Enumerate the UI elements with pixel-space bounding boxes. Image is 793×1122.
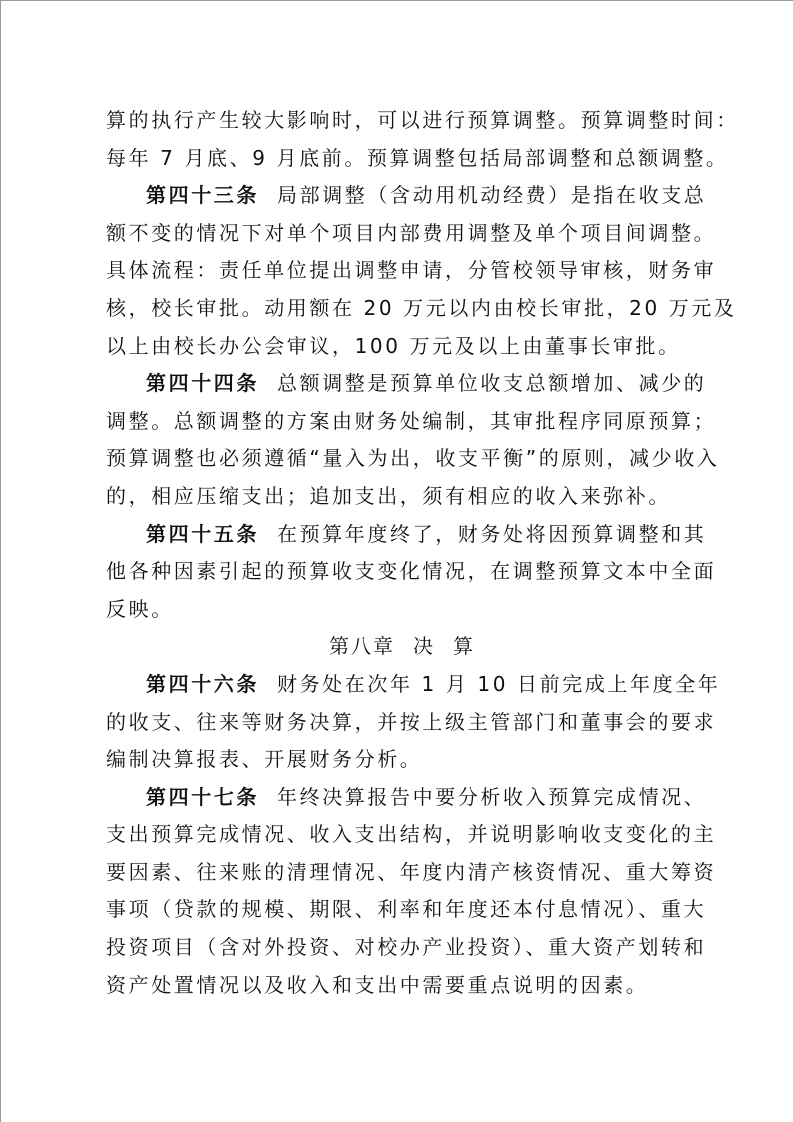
article-43-first-line: 第四十三条局部调整（含动用机动经费）是指在收支总	[106, 177, 686, 215]
article-label: 第四十五条	[146, 522, 259, 546]
chapter-title-char: 决	[413, 634, 435, 658]
text-line: 资产处置情况以及收入和支出中需要重点说明的因素。	[106, 967, 686, 1005]
article-text: 财务处在次年 1 月 10 日前完成上年度全年	[277, 672, 720, 696]
text-line: 反映。	[106, 591, 686, 629]
article-45-first-line: 第四十五条在预算年度终了，财务处将因预算调整和其	[106, 516, 686, 554]
text-line: 算的执行产生较大影响时，可以进行预算调整。预算调整时间：	[106, 102, 686, 140]
article-text: 局部调整（含动用机动经费）是指在收支总	[277, 183, 706, 207]
document-body: 算的执行产生较大影响时，可以进行预算调整。预算调整时间： 每年 7 月底、9 月…	[106, 102, 686, 1004]
text-line: 的收支、往来等财务决算，并按上级主管部门和董事会的要求	[106, 704, 686, 742]
chapter-heading: 第八章决算	[106, 628, 686, 666]
article-text: 年终决算报告中要分析收入预算完成情况、	[277, 785, 706, 809]
text-line: 核，校长审批。动用额在 20 万元以内由校长审批，20 万元及	[106, 290, 686, 328]
article-text: 在预算年度终了，财务处将因预算调整和其	[277, 522, 706, 546]
text-line: 调整。总额调整的方案由财务处编制，其审批程序同原预算；	[106, 403, 686, 441]
article-46-first-line: 第四十六条财务处在次年 1 月 10 日前完成上年度全年	[106, 666, 686, 704]
article-label: 第四十四条	[146, 371, 259, 395]
text-line: 具体流程：责任单位提出调整申请，分管校领导审核，财务审	[106, 252, 686, 290]
article-label: 第四十六条	[146, 672, 259, 696]
text-line: 以上由校长办公会审议，100 万元及以上由董事长审批。	[106, 328, 686, 366]
chapter-title-char: 算	[453, 634, 475, 658]
text-line: 投资项目（含对外投资、对校办产业投资）、重大资产划转和	[106, 929, 686, 967]
document-page: 算的执行产生较大影响时，可以进行预算调整。预算调整时间： 每年 7 月底、9 月…	[0, 0, 793, 1122]
text-line: 预算调整也必须遵循“量入为出，收支平衡”的原则，减少收入	[106, 440, 686, 478]
text-line: 支出预算完成情况、收入支出结构，并说明影响收支变化的主	[106, 816, 686, 854]
chapter-number: 第八章	[329, 634, 395, 658]
text-line: 的，相应压缩支出；追加支出，须有相应的收入来弥补。	[106, 478, 686, 516]
text-line: 他各种因素引起的预算收支变化情况，在调整预算文本中全面	[106, 553, 686, 591]
article-text: 总额调整是预算单位收支总额增加、减少的	[277, 371, 706, 395]
text-line: 编制决算报表、开展财务分析。	[106, 741, 686, 779]
article-label: 第四十七条	[146, 785, 259, 809]
text-line: 每年 7 月底、9 月底前。预算调整包括局部调整和总额调整。	[106, 140, 686, 178]
text-line: 事项（贷款的规模、期限、利率和年度还本付息情况）、重大	[106, 891, 686, 929]
text-line: 要因素、往来账的清理情况、年度内清产核资情况、重大筹资	[106, 854, 686, 892]
article-47-first-line: 第四十七条年终决算报告中要分析收入预算完成情况、	[106, 779, 686, 817]
article-label: 第四十三条	[146, 183, 259, 207]
text-line: 额不变的情况下对单个项目内部费用调整及单个项目间调整。	[106, 215, 686, 253]
article-44-first-line: 第四十四条总额调整是预算单位收支总额增加、减少的	[106, 365, 686, 403]
